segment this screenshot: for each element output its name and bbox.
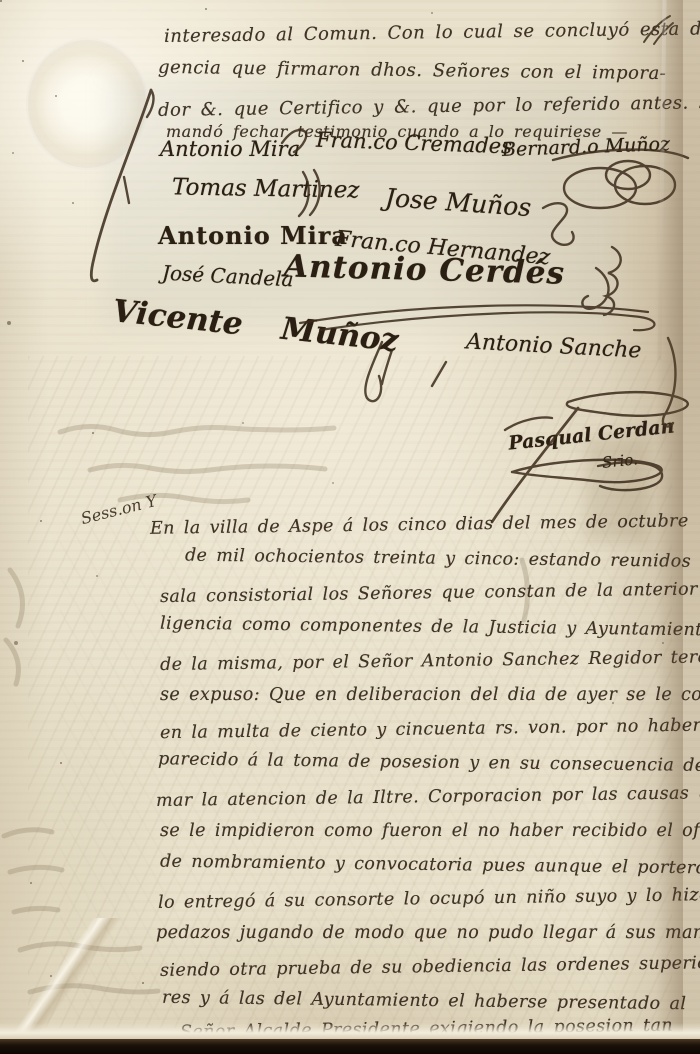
- manuscript-page: interesado al Comun. Con lo cual se conc…: [0, 0, 700, 1054]
- scan-bottom-edge: [0, 1039, 700, 1054]
- text-line: pedazos jugando de modo que no pudo lleg…: [156, 923, 700, 943]
- rubric-strokes: [91, 16, 688, 522]
- text-line: se expuso: Que en deliberacion del dia d…: [160, 685, 700, 705]
- page-edge-right: [683, 0, 700, 1054]
- gutter-shadow: [655, 0, 683, 1054]
- text-line: se le impidieron como fueron el no haber…: [160, 821, 700, 841]
